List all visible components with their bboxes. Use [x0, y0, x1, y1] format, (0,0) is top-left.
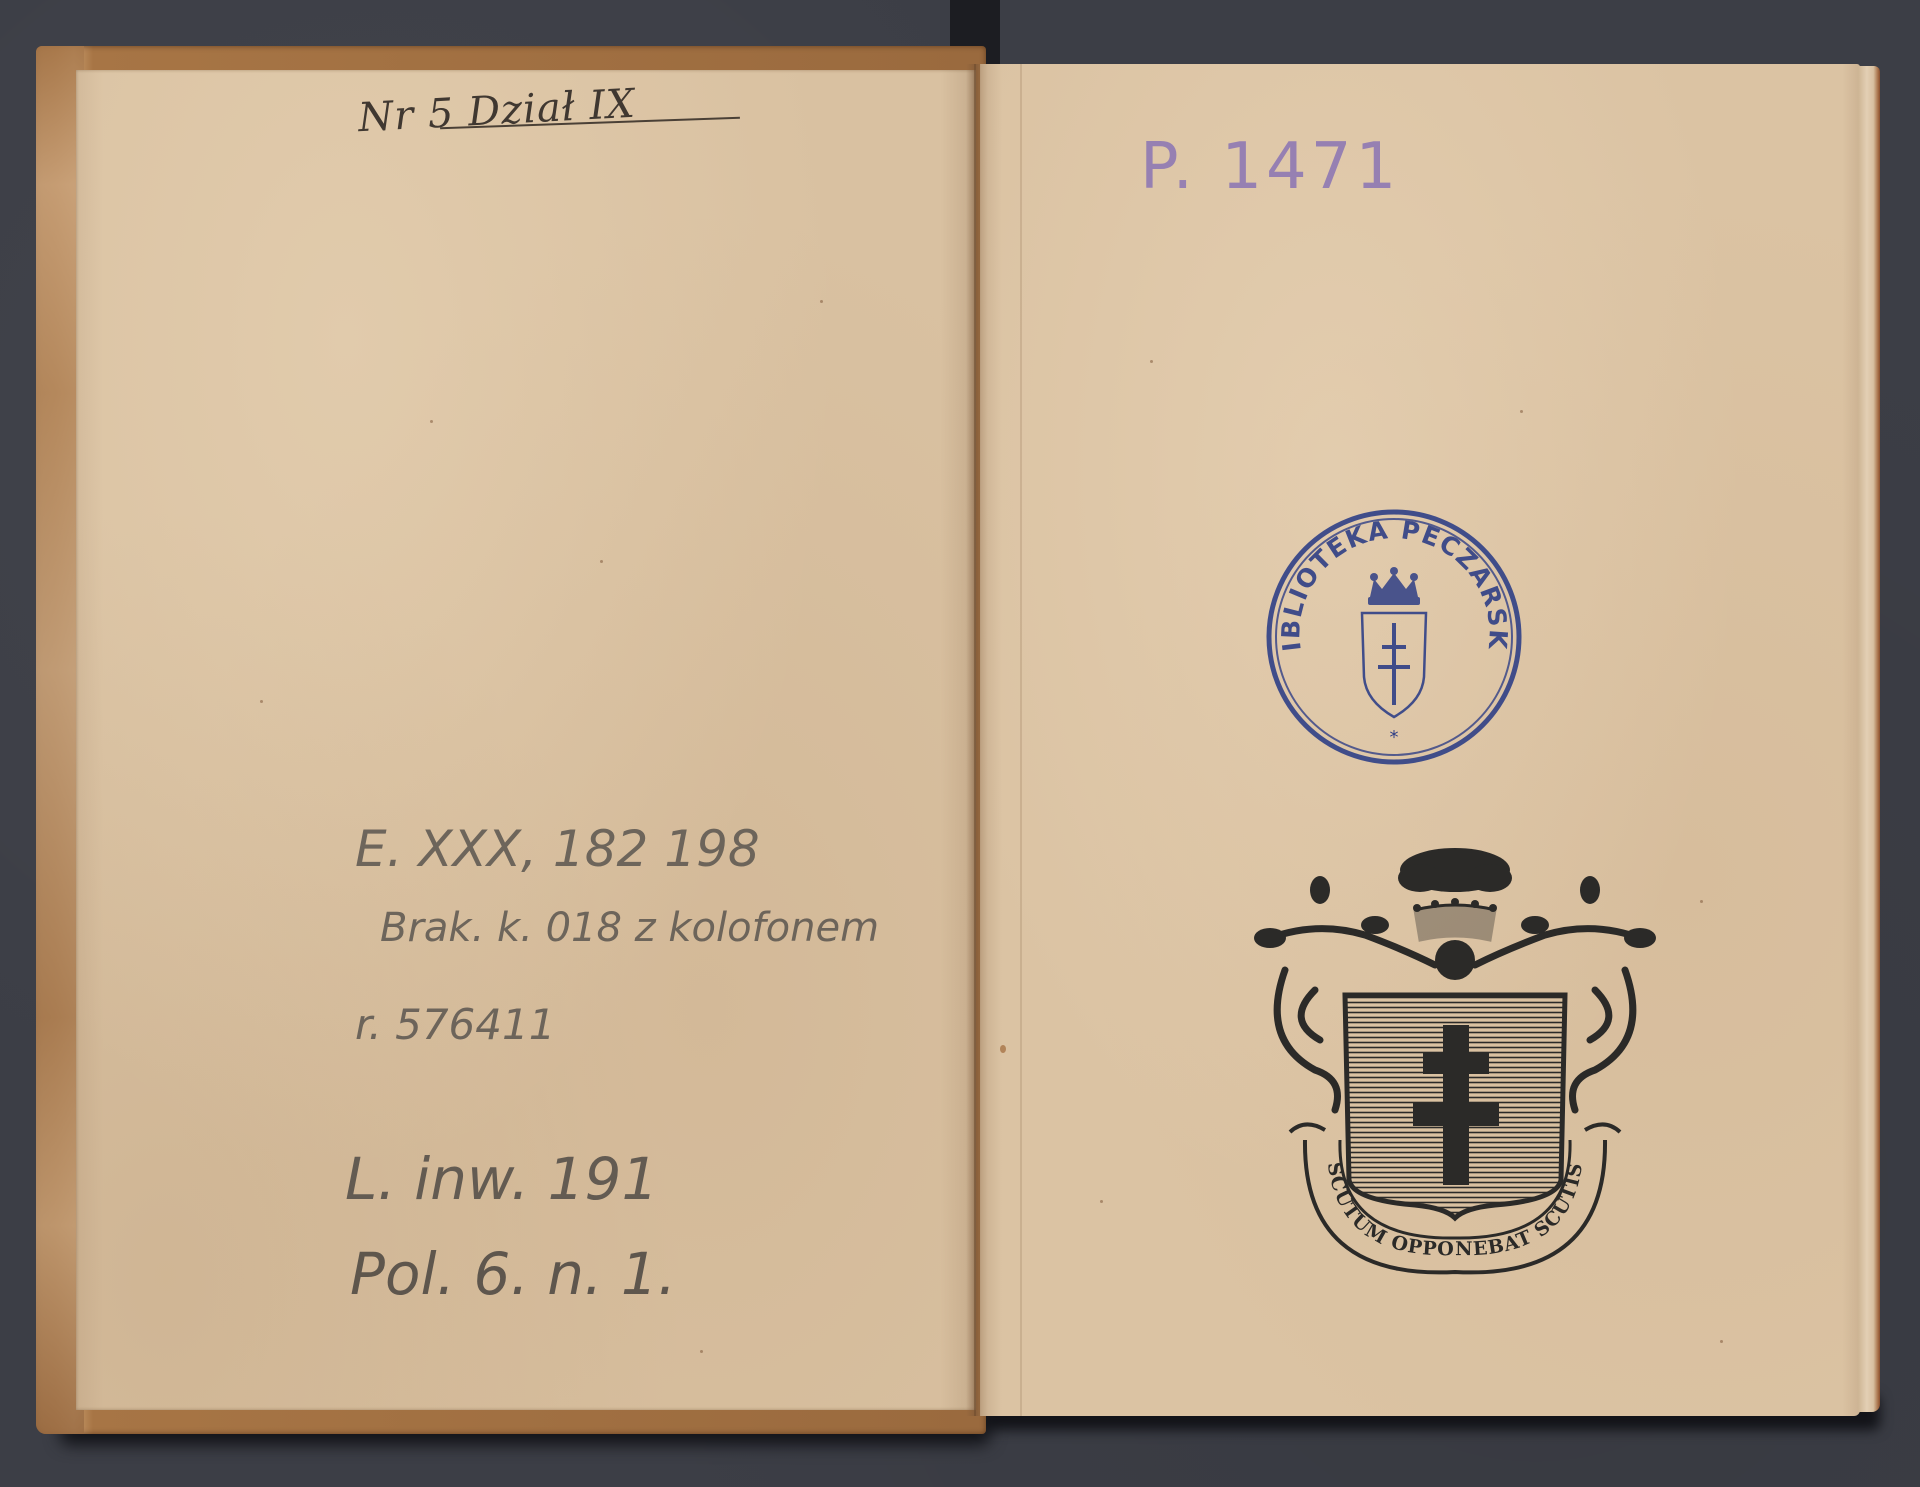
inventory-number: L. inw. 191	[345, 1145, 658, 1213]
pencil-note-line-1: E. XXX, 182 198	[355, 820, 760, 878]
stamp-seal-icon: BIBLIOTEKA PECZARSKA *	[1262, 505, 1527, 770]
page-fore-edge	[1858, 66, 1880, 1412]
pencil-note-line-2: Brak. k. 018 z kolofonem	[380, 905, 879, 951]
svg-text:*: *	[1390, 727, 1399, 748]
book-gutter	[966, 64, 988, 1416]
svg-text:BIBLIOTEKA PECZARSKA: BIBLIOTEKA PECZARSKA	[1262, 505, 1513, 653]
shelf-location: Pol. 6. n. 1.	[350, 1240, 676, 1308]
purple-shelfmark: P. 1471	[1140, 130, 1400, 204]
coat-of-arms-bookplate: SCUTUM OPPONEBAT SCUTIS	[1245, 840, 1665, 1295]
gutter-fold-line	[974, 64, 976, 1416]
pencil-note-line-3: r. 576411	[355, 1000, 555, 1049]
page-crease	[1020, 64, 1022, 1416]
coat-of-arms-icon: SCUTUM OPPONEBAT SCUTIS	[1245, 840, 1665, 1295]
library-stamp: BIBLIOTEKA PECZARSKA *	[1262, 505, 1527, 770]
